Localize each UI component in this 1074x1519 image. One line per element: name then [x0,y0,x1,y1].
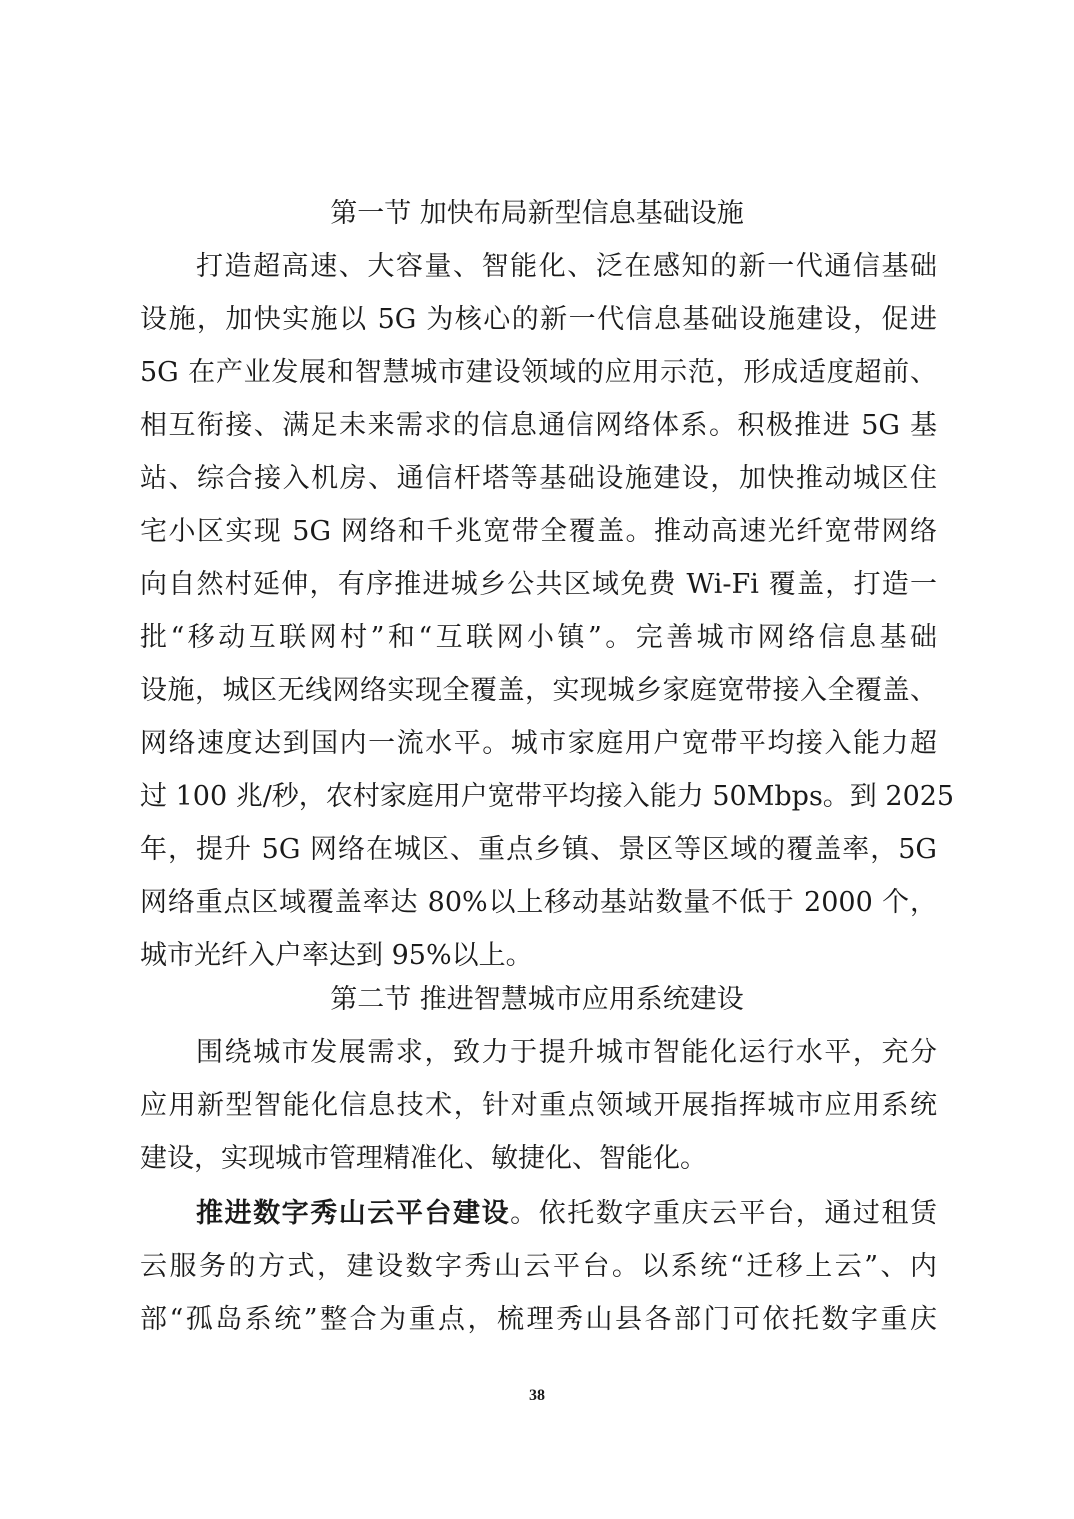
paragraph-line: 设施，加快实施以 5G 为核心的新一代信息基础设施建设，促进 [140,293,937,346]
paragraph-line: 宅小区实现 5G 网络和千兆宽带全覆盖。推动高速光纤宽带网络 [140,505,937,558]
paragraph-line: 向自然村延伸，有序推进城乡公共区域免费 Wi-Fi 覆盖，打造一 [140,558,937,611]
paragraph-line: 批“移动互联网村”和“互联网小镇”。完善城市网络信息基础 [140,611,937,664]
paragraph-line: 站、综合接入机房、通信杆塔等基础设施建设，加快推动城区住 [140,452,937,505]
paragraph-line: 云服务的方式，建设数字秀山云平台。以系统“迁移上云”、内 [140,1240,937,1293]
paragraph-text: 。依托数字重庆云平台，通过租赁 [510,1198,937,1229]
document-page: 第一节 加快布局新型信息基础设施 打造超高速、大容量、智能化、泛在感知的新一代通… [0,0,1074,1519]
paragraph-line: 年，提升 5G 网络在城区、重点乡镇、景区等区域的覆盖率，5G [140,823,937,876]
paragraph-line: 设施，城区无线网络实现全覆盖，实现城乡家庭宽带接入全覆盖、 [140,664,937,717]
paragraph-line: 网络速度达到国内一流水平。城市家庭用户宽带平均接入能力超 [140,717,937,770]
paragraph-line: 围绕城市发展需求，致力于提升城市智能化运行水平，充分 [196,1026,937,1079]
section-heading-1: 第一节 加快布局新型信息基础设施 [0,187,1074,240]
paragraph-line: 部“孤岛系统”整合为重点，梳理秀山县各部门可依托数字重庆 [140,1293,937,1346]
paragraph-line: 应用新型智能化信息技术，针对重点领域开展指挥城市应用系统 [140,1079,937,1132]
paragraph-line: 打造超高速、大容量、智能化、泛在感知的新一代通信基础 [196,240,937,293]
paragraph-line: 5G 在产业发展和智慧城市建设领域的应用示范，形成适度超前、 [140,346,937,399]
paragraph-line: 推进数字秀山云平台建设。依托数字重庆云平台，通过租赁 [196,1187,937,1240]
paragraph-line: 建设，实现城市管理精准化、敏捷化、智能化。 [140,1132,937,1185]
paragraph-line: 相互衔接、满足未来需求的信息通信网络体系。积极推进 5G 基 [140,399,937,452]
paragraph-line: 过 100 兆/秒，农村家庭用户宽带平均接入能力 50Mbps。到 2025 [140,770,937,823]
section-heading-2: 第二节 推进智慧城市应用系统建设 [0,973,1074,1026]
paragraph-line: 网络重点区域覆盖率达 80%以上移动基站数量不低于 2000 个， [140,876,937,929]
bold-lead-text: 推进数字秀山云平台建设 [196,1198,510,1229]
page-number: 38 [0,1387,1074,1405]
